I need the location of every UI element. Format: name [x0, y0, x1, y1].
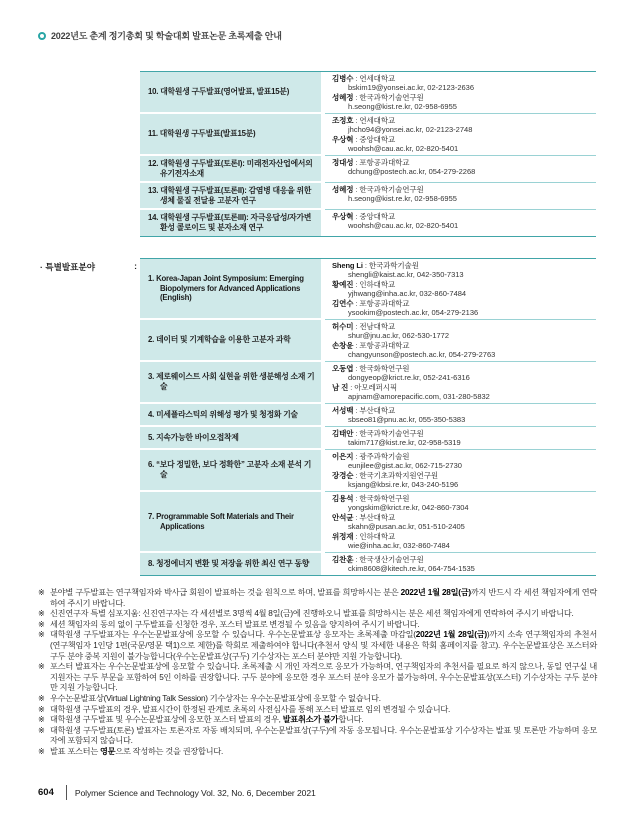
- session-title: 7. Programmable Soft Materials and Their…: [148, 512, 315, 531]
- contact-entry: 서성백 : 부산대학교sbseo81@pnu.ac.kr, 055-350-53…: [332, 406, 596, 424]
- contact-name: 오동엽: [332, 364, 353, 373]
- page-footer: 604 Polymer Science and Technology Vol. …: [38, 785, 316, 800]
- contact-email-phone: h.seong@kist.re.kr, 02-958-6955: [332, 102, 596, 111]
- note-bold-segment: 2022년 1월 28일(금): [416, 630, 487, 639]
- contact-affiliation: 포항공과대학교: [359, 299, 409, 308]
- contact-entry: 김병수 : 연세대학교bskim19@yonsei.ac.kr, 02-2123…: [332, 74, 596, 92]
- contact-name: Sheng Li: [332, 261, 363, 270]
- contact-line: 안석균 : 부산대학교: [332, 513, 596, 522]
- contact-line: 김연수 : 포항공과대학교: [332, 299, 596, 308]
- contact-name: 서성백: [332, 406, 353, 415]
- session-contacts-cell: 허수미 : 전남대학교shur@jnu.ac.kr, 062-530-1772손…: [325, 320, 596, 362]
- contact-line: 우상혁 : 중앙대학교: [332, 212, 596, 221]
- session-title-cell: 7. Programmable Soft Materials and Their…: [140, 492, 321, 553]
- contact-name: 우상혁: [332, 135, 353, 144]
- contact-affiliation: 연세대학교: [359, 116, 395, 125]
- table-row: 5. 지속가능한 바이오접착제김태안 : 한국과학기술연구원takim717@k…: [140, 427, 596, 450]
- session-contacts-cell: 오동엽 : 한국화학연구원dongyeop@krict.re.kr, 052-2…: [325, 362, 596, 404]
- contact-entry: 우상혁 : 중앙대학교woohsh@cau.ac.kr, 02-820-5401: [332, 212, 596, 230]
- note-marker-icon: ※: [38, 705, 50, 716]
- contact-email-phone: takim717@kist.re.kr, 02-958-5319: [332, 438, 596, 447]
- contact-name: 김찬훈: [332, 555, 353, 564]
- table-row: 10. 대학원생 구두발표(영어발표, 발표15분)김병수 : 연세대학교bsk…: [140, 72, 596, 114]
- session-title: 11. 대학원생 구두발표(발표15분): [148, 129, 255, 139]
- session-title: 2. 데이터 및 기계학습을 이용한 고분자 과학: [148, 335, 291, 345]
- contact-line: 김태안 : 한국과학기술연구원: [332, 429, 596, 438]
- contact-email-phone: woohsh@cau.ac.kr, 02-820-5401: [332, 144, 596, 153]
- contact-affiliation: 부산대학교: [359, 406, 395, 415]
- note-item: ※세션 책임자의 동의 없이 구두발표를 신청한 경우, 포스터 발표로 변경될…: [38, 620, 597, 631]
- contact-name: 이은지: [332, 452, 353, 461]
- session-title: 14. 대학원생 구두발표(토론III): 자극응답성/자가변환성 콜로이드 및…: [148, 213, 315, 232]
- contact-line: 정대성 : 포항공과대학교: [332, 158, 596, 167]
- table-row: 3. 제로웨이스트 사회 실현을 위한 생분해성 소재 기술오동엽 : 한국화학…: [140, 362, 596, 404]
- contact-line: 이은지 : 광주과학기술원: [332, 452, 596, 461]
- note-item: ※대학원생 구두발표 및 우수논문발표상에 응모한 포스터 발표의 경우, 발표…: [38, 715, 597, 726]
- contact-line: 우상혁 : 중앙대학교: [332, 135, 596, 144]
- session-contacts-cell: 김병수 : 연세대학교bskim19@yonsei.ac.kr, 02-2123…: [325, 72, 596, 114]
- note-segment: 대학원생 구두발표(토론) 발표자는 토론자로 자동 배치되며, 우수논문발표상…: [50, 726, 597, 746]
- table-row: 2. 데이터 및 기계학습을 이용한 고분자 과학허수미 : 전남대학교shur…: [140, 320, 596, 362]
- session-contacts-cell: 이은지 : 광주과학기술원eunjilee@gist.ac.kr, 062-71…: [325, 450, 596, 492]
- session-title: 8. 청정에너지 변환 및 저장을 위한 최신 연구 동향: [148, 559, 309, 569]
- contact-name: 김용석: [332, 494, 353, 503]
- contact-entry: 성혜정 : 한국과학기술연구원h.seong@kist.re.kr, 02-95…: [332, 185, 596, 203]
- note-bold-segment: 영문: [100, 747, 115, 756]
- note-item: ※대학원생 구두발표자는 우수논문발표상에 응모할 수 있습니다. 우수논문발표…: [38, 630, 597, 662]
- special-session-label: · 특별발표분야 :: [40, 261, 137, 273]
- special-session-table: 1. Korea-Japan Joint Symposium: Emerging…: [140, 258, 596, 576]
- contact-name: 성혜정: [332, 185, 353, 194]
- table-row: 6. “보다 정밀한, 보다 정확한” 고분자 소재 분석 기술이은지 : 광주…: [140, 450, 596, 492]
- contact-line: 황예진 : 인하대학교: [332, 280, 596, 289]
- contact-entry: 김연수 : 포항공과대학교ysookim@postech.ac.kr, 054-…: [332, 299, 596, 317]
- session-title-cell: 12. 대학원생 구두발표(토론I): 미래전자산업에서의 유기전자소재: [140, 156, 321, 183]
- note-segment: 대학원생 구두발표의 경우, 발표시간이 한정된 관계로 초록의 사전심사를 통…: [50, 705, 450, 714]
- ring-bullet-icon: [38, 32, 46, 40]
- contact-affiliation: 전남대학교: [359, 322, 395, 331]
- contact-line: 김병수 : 연세대학교: [332, 74, 596, 83]
- note-item: ※분야별 구두발표는 연구책임자와 박사급 회원이 발표하는 것을 원칙으로 하…: [38, 588, 597, 609]
- contact-entry: 우상혁 : 중앙대학교woohsh@cau.ac.kr, 02-820-5401: [332, 135, 596, 153]
- contact-affiliation: 중앙대학교: [359, 135, 395, 144]
- contact-line: 조정호 : 연세대학교: [332, 116, 596, 125]
- contact-affiliation: 한국화학연구원: [359, 494, 409, 503]
- contact-name: 김연수: [332, 299, 353, 308]
- contact-email-phone: woohsh@cau.ac.kr, 02-820-5401: [332, 221, 596, 230]
- table-row: 11. 대학원생 구두발표(발표15분)조정호 : 연세대학교jhcho94@y…: [140, 114, 596, 156]
- session-title-cell: 2. 데이터 및 기계학습을 이용한 고분자 과학: [140, 320, 321, 362]
- note-marker-icon: ※: [38, 630, 50, 662]
- contact-email-phone: changyunson@postech.ac.kr, 054-279-2763: [332, 350, 596, 359]
- special-session-label-colon: :: [134, 261, 137, 273]
- contact-name: 정대성: [332, 158, 353, 167]
- note-segment: 으로 작성하는 것을 권장합니다.: [115, 747, 223, 756]
- session-title: 10. 대학원생 구두발표(영어발표, 발표15분): [148, 87, 289, 97]
- contact-email-phone: bskim19@yonsei.ac.kr, 02-2123-2636: [332, 83, 596, 92]
- contact-entry: 허수미 : 전남대학교shur@jnu.ac.kr, 062-530-1772: [332, 322, 596, 340]
- contact-line: 김찬훈 : 한국생산기술연구원: [332, 555, 596, 564]
- contact-affiliation: 한국과학기술연구원: [359, 429, 423, 438]
- table-row: 8. 청정에너지 변환 및 저장을 위한 최신 연구 동향김찬훈 : 한국생산기…: [140, 553, 596, 575]
- contact-affiliation: 포항공과대학교: [359, 158, 409, 167]
- contact-email-phone: yjhwang@inha.ac.kr, 032-860-7484: [332, 289, 596, 298]
- contact-line: Sheng Li : 한국과학기술원: [332, 261, 596, 270]
- note-bold-segment: 2022년 1월 28일(금): [401, 588, 471, 597]
- contact-affiliation: 한국화학연구원: [359, 364, 409, 373]
- contact-affiliation: 광주과학기술원: [359, 452, 409, 461]
- note-marker-icon: ※: [38, 694, 50, 705]
- session-contacts-cell: 김용석 : 한국화학연구원yongskim@krict.re.kr, 042-8…: [325, 492, 596, 553]
- session-contacts-cell: Sheng Li : 한국과학기술원shengli@kaist.ac.kr, 0…: [325, 259, 596, 320]
- session-title-cell: 14. 대학원생 구두발표(토론III): 자극응답성/자가변환성 콜로이드 및…: [140, 210, 321, 235]
- session-contacts-cell: 정대성 : 포항공과대학교dchung@postech.ac.kr, 054-2…: [325, 156, 596, 183]
- contact-line: 성혜정 : 한국과학기술연구원: [332, 185, 596, 194]
- contact-entry: 위정재 : 인하대학교wie@inha.ac.kr, 032-860-7484: [332, 532, 596, 550]
- session-contacts-cell: 우상혁 : 중앙대학교woohsh@cau.ac.kr, 02-820-5401: [325, 210, 596, 235]
- note-marker-icon: ※: [38, 662, 50, 694]
- session-title-cell: 4. 미세플라스틱의 위해성 평가 및 청정화 기술: [140, 404, 321, 427]
- note-marker-icon: ※: [38, 588, 50, 609]
- note-text: 대학원생 구두발표자는 우수논문발표상에 응모할 수 있습니다. 우수논문발표상…: [50, 630, 597, 662]
- session-title-cell: 6. “보다 정밀한, 보다 정확한” 고분자 소재 분석 기술: [140, 450, 321, 492]
- contact-email-phone: ysookim@postech.ac.kr, 054-279-2136: [332, 308, 596, 317]
- contact-name: 성혜정: [332, 93, 353, 102]
- session-contacts-cell: 서성백 : 부산대학교sbseo81@pnu.ac.kr, 055-350-53…: [325, 404, 596, 427]
- contact-entry: 황예진 : 인하대학교yjhwang@inha.ac.kr, 032-860-7…: [332, 280, 596, 298]
- session-contacts-cell: 김태안 : 한국과학기술연구원takim717@kist.re.kr, 02-9…: [325, 427, 596, 450]
- contact-affiliation: 한국기초과학지원연구원: [359, 471, 438, 480]
- note-text: 대학원생 구두발표 및 우수논문발표상에 응모한 포스터 발표의 경우, 발표취…: [50, 715, 597, 726]
- page-number: 604: [38, 787, 54, 798]
- contact-affiliation: 한국과학기술원: [369, 261, 419, 270]
- note-item: ※대학원생 구두발표(토론) 발표자는 토론자로 자동 배치되며, 우수논문발표…: [38, 726, 597, 747]
- contact-name: 손창윤: [332, 341, 353, 350]
- note-marker-icon: ※: [38, 620, 50, 631]
- session-title-cell: 8. 청정에너지 변환 및 저장을 위한 최신 연구 동향: [140, 553, 321, 575]
- contact-affiliation: 아모레퍼시픽: [354, 383, 397, 392]
- contact-email-phone: eunjilee@gist.ac.kr, 062-715-2730: [332, 461, 596, 470]
- contact-entry: 장경순 : 한국기초과학지원연구원ksjang@kbsi.re.kr, 043-…: [332, 471, 596, 489]
- note-text: 발표 포스터는 영문으로 작성하는 것을 권장합니다.: [50, 747, 597, 758]
- contact-line: 장경순 : 한국기초과학지원연구원: [332, 471, 596, 480]
- contact-line: 손창윤 : 포항공과대학교: [332, 341, 596, 350]
- note-segment: 포스터 발표자는 우수논문발표상에 응모할 수 있습니다. 초록제출 시 개인 …: [50, 662, 597, 692]
- contact-entry: 오동엽 : 한국화학연구원dongyeop@krict.re.kr, 052-2…: [332, 364, 596, 382]
- contact-entry: Sheng Li : 한국과학기술원shengli@kaist.ac.kr, 0…: [332, 261, 596, 279]
- contact-name: 조정호: [332, 116, 353, 125]
- contact-email-phone: wie@inha.ac.kr, 032-860-7484: [332, 541, 596, 550]
- note-text: 우수논문발표상(Virtual Lightning Talk Session) …: [50, 694, 597, 705]
- contact-name: 허수미: [332, 322, 353, 331]
- contact-line: 성혜정 : 한국과학기술연구원: [332, 93, 596, 102]
- session-title: 6. “보다 정밀한, 보다 정확한” 고분자 소재 분석 기술: [148, 460, 315, 479]
- contact-email-phone: shengli@kaist.ac.kr, 042-350-7313: [332, 270, 596, 279]
- note-segment: 합니다.: [338, 715, 363, 724]
- contact-affiliation: 연세대학교: [359, 74, 395, 83]
- contact-entry: 안석균 : 부산대학교skahn@pusan.ac.kr, 051-510-24…: [332, 513, 596, 531]
- contact-name: 안석균: [332, 513, 353, 522]
- contact-name: 황예진: [332, 280, 353, 289]
- note-segment: 신진연구자 특별 심포지움: 신진연구자는 각 세션별로 3명씩 4월 8일(금…: [50, 609, 574, 618]
- note-text: 분야별 구두발표는 연구책임자와 박사급 회원이 발표하는 것을 원칙으로 하며…: [50, 588, 597, 609]
- session-title-cell: 5. 지속가능한 바이오접착제: [140, 427, 321, 450]
- session-contacts-cell: 조정호 : 연세대학교jhcho94@yonsei.ac.kr, 02-2123…: [325, 114, 596, 156]
- contact-entry: 김용석 : 한국화학연구원yongskim@krict.re.kr, 042-8…: [332, 494, 596, 512]
- contact-entry: 남 진 : 아모레퍼시픽apjnam@amorepacific.com, 031…: [332, 383, 596, 401]
- contact-email-phone: ksjang@kbsi.re.kr, 043-240-5196: [332, 480, 596, 489]
- contact-affiliation: 한국생산기술연구원: [359, 555, 423, 564]
- session-title-cell: 3. 제로웨이스트 사회 실현을 위한 생분해성 소재 기술: [140, 362, 321, 404]
- table-row: 14. 대학원생 구두발표(토론III): 자극응답성/자가변환성 콜로이드 및…: [140, 210, 596, 235]
- contact-email-phone: ckim8608@kitech.re.kr, 064-754-1535: [332, 564, 596, 573]
- session-title-cell: 11. 대학원생 구두발표(발표15분): [140, 114, 321, 156]
- session-title: 3. 제로웨이스트 사회 실현을 위한 생분해성 소재 기술: [148, 372, 315, 391]
- note-text: 신진연구자 특별 심포지움: 신진연구자는 각 세션별로 3명씩 4월 8일(금…: [50, 609, 597, 620]
- note-bold-segment: 발표취소가 불가: [283, 715, 339, 724]
- journal-page: 2022년도 춘계 정기총회 및 학술대회 발표논문 초록제출 안내 10. 대…: [0, 0, 622, 830]
- note-text: 포스터 발표자는 우수논문발표상에 응모할 수 있습니다. 초록제출 시 개인 …: [50, 662, 597, 694]
- note-segment: 발표 포스터는: [50, 747, 100, 756]
- contact-name: 장경순: [332, 471, 353, 480]
- session-title: 1. Korea-Japan Joint Symposium: Emerging…: [148, 274, 315, 303]
- oral-presentation-table: 10. 대학원생 구두발표(영어발표, 발표15분)김병수 : 연세대학교bsk…: [140, 71, 596, 237]
- note-item: ※우수논문발표상(Virtual Lightning Talk Session)…: [38, 694, 597, 705]
- table-row: 12. 대학원생 구두발표(토론I): 미래전자산업에서의 유기전자소재정대성 …: [140, 156, 596, 183]
- page-title: 2022년도 춘계 정기총회 및 학술대회 발표논문 초록제출 안내: [51, 29, 282, 42]
- contact-email-phone: jhcho94@yonsei.ac.kr, 02-2123-2748: [332, 125, 596, 134]
- note-marker-icon: ※: [38, 609, 50, 620]
- session-contacts-cell: 성혜정 : 한국과학기술연구원h.seong@kist.re.kr, 02-95…: [325, 183, 596, 210]
- session-title: 4. 미세플라스틱의 위해성 평가 및 청정화 기술: [148, 410, 298, 420]
- contact-affiliation: 한국과학기술연구원: [359, 185, 423, 194]
- contact-affiliation: 중앙대학교: [359, 212, 395, 221]
- note-text: 대학원생 구두발표의 경우, 발표시간이 한정된 관계로 초록의 사전심사를 통…: [50, 705, 597, 716]
- session-title-cell: 13. 대학원생 구두발표(토론II): 감염병 대응을 위한 생체 물질 전달…: [140, 183, 321, 210]
- note-marker-icon: ※: [38, 715, 50, 726]
- contact-email-phone: sbseo81@pnu.ac.kr, 055-350-5383: [332, 415, 596, 424]
- contact-line: 서성백 : 부산대학교: [332, 406, 596, 415]
- contact-entry: 손창윤 : 포항공과대학교changyunson@postech.ac.kr, …: [332, 341, 596, 359]
- contact-line: 남 진 : 아모레퍼시픽: [332, 383, 596, 392]
- contact-affiliation: 포항공과대학교: [359, 341, 409, 350]
- note-segment: 세션 책임자의 동의 없이 구두발표를 신청한 경우, 포스터 발표로 변경될 …: [50, 620, 419, 629]
- contact-entry: 김태안 : 한국과학기술연구원takim717@kist.re.kr, 02-9…: [332, 429, 596, 447]
- contact-name: 위정재: [332, 532, 353, 541]
- note-marker-icon: ※: [38, 747, 50, 758]
- note-item: ※대학원생 구두발표의 경우, 발표시간이 한정된 관계로 초록의 사전심사를 …: [38, 705, 597, 716]
- contact-affiliation: 인하대학교: [359, 532, 395, 541]
- contact-email-phone: apjnam@amorepacific.com, 031-280-5832: [332, 392, 596, 401]
- contact-entry: 이은지 : 광주과학기술원eunjilee@gist.ac.kr, 062-71…: [332, 452, 596, 470]
- note-segment: 대학원생 구두발표 및 우수논문발표상에 응모한 포스터 발표의 경우,: [50, 715, 283, 724]
- note-item: ※발표 포스터는 영문으로 작성하는 것을 권장합니다.: [38, 747, 597, 758]
- contact-affiliation: 인하대학교: [359, 280, 395, 289]
- contact-name: 우상혁: [332, 212, 353, 221]
- session-contacts-cell: 김찬훈 : 한국생산기술연구원ckim8608@kitech.re.kr, 06…: [325, 553, 596, 575]
- contact-entry: 김찬훈 : 한국생산기술연구원ckim8608@kitech.re.kr, 06…: [332, 555, 596, 573]
- contact-email-phone: dchung@postech.ac.kr, 054-279-2268: [332, 167, 596, 176]
- table-row: 1. Korea-Japan Joint Symposium: Emerging…: [140, 259, 596, 320]
- note-segment: 분야별 구두발표는 연구책임자와 박사급 회원이 발표하는 것을 원칙으로 하며…: [50, 588, 401, 597]
- session-title: 12. 대학원생 구두발표(토론I): 미래전자산업에서의 유기전자소재: [148, 159, 315, 178]
- contact-entry: 성혜정 : 한국과학기술연구원h.seong@kist.re.kr, 02-95…: [332, 93, 596, 111]
- contact-name: 김병수: [332, 74, 353, 83]
- contact-email-phone: shur@jnu.ac.kr, 062-530-1772: [332, 331, 596, 340]
- contact-entry: 정대성 : 포항공과대학교dchung@postech.ac.kr, 054-2…: [332, 158, 596, 176]
- contact-affiliation: 부산대학교: [359, 513, 395, 522]
- session-title-cell: 1. Korea-Japan Joint Symposium: Emerging…: [140, 259, 321, 320]
- contact-email-phone: skahn@pusan.ac.kr, 051-510-2405: [332, 522, 596, 531]
- contact-name: 남 진: [332, 383, 348, 392]
- note-text: 세션 책임자의 동의 없이 구두발표를 신청한 경우, 포스터 발표로 변경될 …: [50, 620, 597, 631]
- session-title: 13. 대학원생 구두발표(토론II): 감염병 대응을 위한 생체 물질 전달…: [148, 186, 315, 205]
- note-text: 대학원생 구두발표(토론) 발표자는 토론자로 자동 배치되며, 우수논문발표상…: [50, 726, 597, 747]
- table-row: 4. 미세플라스틱의 위해성 평가 및 청정화 기술서성백 : 부산대학교sbs…: [140, 404, 596, 427]
- contact-email-phone: h.seong@kist.re.kr, 02-958-6955: [332, 194, 596, 203]
- contact-line: 오동엽 : 한국화학연구원: [332, 364, 596, 373]
- journal-title: Polymer Science and Technology Vol. 32, …: [75, 788, 316, 798]
- session-title-cell: 10. 대학원생 구두발표(영어발표, 발표15분): [140, 72, 321, 114]
- table-row: 13. 대학원생 구두발표(토론II): 감염병 대응을 위한 생체 물질 전달…: [140, 183, 596, 210]
- note-item: ※신진연구자 특별 심포지움: 신진연구자는 각 세션별로 3명씩 4월 8일(…: [38, 609, 597, 620]
- contact-line: 허수미 : 전남대학교: [332, 322, 596, 331]
- note-marker-icon: ※: [38, 726, 50, 747]
- contact-entry: 조정호 : 연세대학교jhcho94@yonsei.ac.kr, 02-2123…: [332, 116, 596, 134]
- contact-line: 위정재 : 인하대학교: [332, 532, 596, 541]
- session-title: 5. 지속가능한 바이오접착제: [148, 433, 239, 443]
- note-item: ※포스터 발표자는 우수논문발표상에 응모할 수 있습니다. 초록제출 시 개인…: [38, 662, 597, 694]
- note-segment: 우수논문발표상(Virtual Lightning Talk Session) …: [50, 694, 381, 703]
- contact-email-phone: dongyeop@krict.re.kr, 052-241-6316: [332, 373, 596, 382]
- footer-divider: [66, 785, 67, 800]
- footnotes-list: ※분야별 구두발표는 연구책임자와 박사급 회원이 발표하는 것을 원칙으로 하…: [38, 588, 597, 758]
- contact-line: 김용석 : 한국화학연구원: [332, 494, 596, 503]
- contact-email-phone: yongskim@krict.re.kr, 042-860-7304: [332, 503, 596, 512]
- special-session-label-text: · 특별발표분야: [40, 261, 95, 273]
- contact-name: 김태안: [332, 429, 353, 438]
- page-header: 2022년도 춘계 정기총회 및 학술대회 발표논문 초록제출 안내: [38, 29, 282, 42]
- table-row: 7. Programmable Soft Materials and Their…: [140, 492, 596, 553]
- contact-affiliation: 한국과학기술연구원: [359, 93, 423, 102]
- note-segment: 대학원생 구두발표자는 우수논문발표상에 응모할 수 있습니다. 우수논문발표상…: [50, 630, 416, 639]
